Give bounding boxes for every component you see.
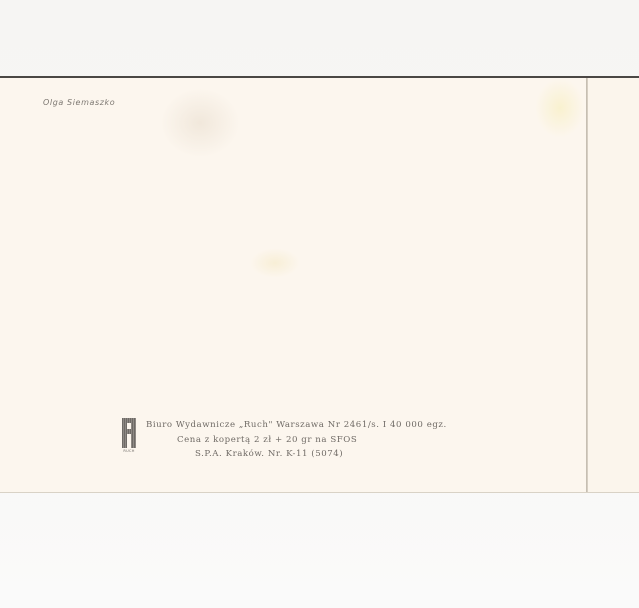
imprint-line-publisher: Biuro Wydawnicze „Ruch" Warszawa Nr 2461… [146,420,447,430]
ruch-r-glyph [122,418,136,448]
imprint-line-printer: S.P.A. Kraków. Nr. K-11 (5074) [195,449,343,459]
paper-stain [535,78,585,138]
ruch-logo-icon: RUCH [120,418,138,456]
postcard-back: Olga Siemaszko RUCH Biuro Wydawnicze „Ru… [0,76,639,492]
envelope-flap [588,78,639,492]
logo-caption: RUCH [120,449,138,453]
artist-name: Olga Siemaszko [43,98,115,107]
imprint-line-price: Cena z kopertą 2 zł + 20 gr na SFOS [177,435,357,445]
